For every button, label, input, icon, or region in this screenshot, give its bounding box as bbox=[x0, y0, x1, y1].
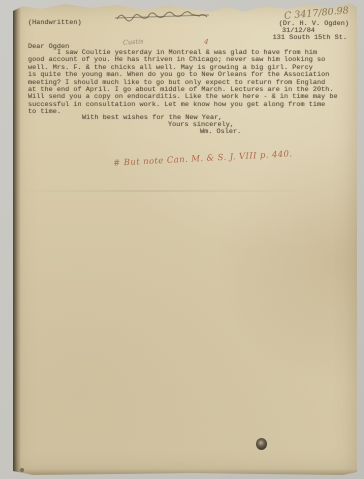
paper-crease bbox=[13, 190, 357, 192]
address-line: 131 South 15th St. bbox=[273, 34, 347, 42]
medium-note: (Handwritten) bbox=[28, 19, 82, 27]
paper-speck bbox=[20, 468, 24, 472]
paper-bottom-edge-shadow bbox=[13, 469, 357, 475]
crossed-out-scribble-icon bbox=[113, 9, 213, 25]
pencil-name-correction: Custis bbox=[123, 37, 144, 46]
paper-left-edge-shadow bbox=[13, 2, 21, 475]
red-citation-note: # But note Can. M. & S. J. VIII p. 440. bbox=[113, 149, 293, 168]
ink-blot bbox=[256, 438, 267, 450]
letter-line: successful in consultation work. Let me … bbox=[28, 102, 358, 109]
scanned-letter-page: { "header": { "medium_note": "(Handwritt… bbox=[0, 0, 364, 479]
signature: Wm. Osler. bbox=[200, 128, 241, 136]
red-mark-icon: 4 bbox=[203, 38, 209, 47]
letter-body: I saw Coultie yesterday in Montreal & wa… bbox=[28, 50, 358, 117]
letter-paper: (Handwritten) C 3417/80.98 (Dr. H. V. Og… bbox=[13, 2, 357, 475]
